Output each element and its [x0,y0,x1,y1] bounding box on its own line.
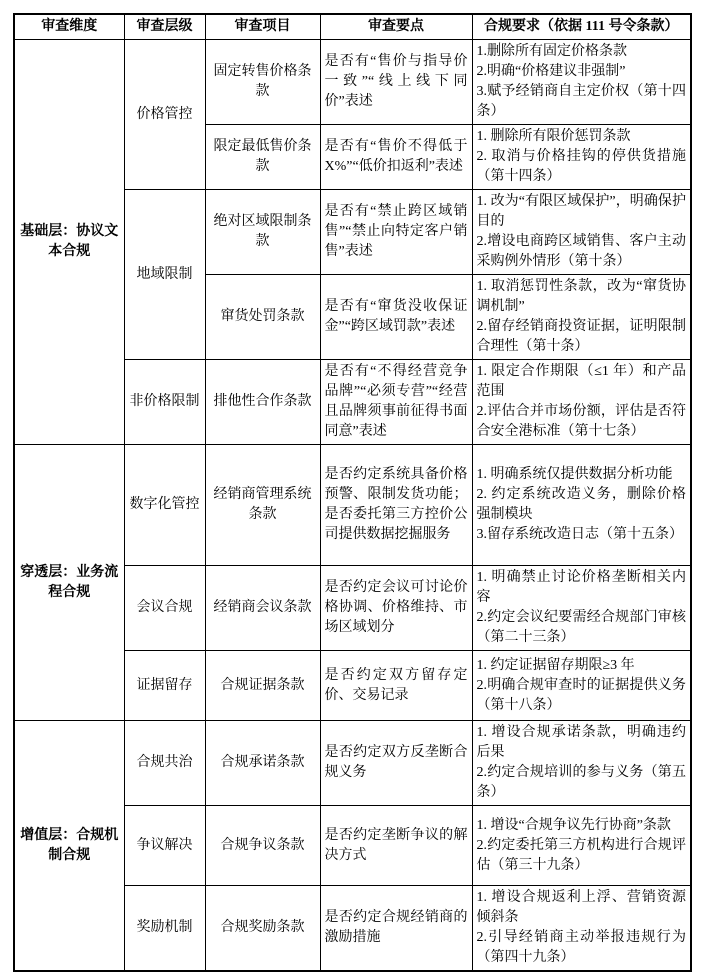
item-cell: 绝对区域限制条款 [205,190,320,275]
points-cell: 是否有“禁止跨区域销售”“禁止向特定客户销售”表述 [320,190,472,275]
requirement-line: 1. 改为“有限区域保护”，明确保护目的 [477,192,687,232]
points-cell: 是否有“窜货没收保证金”“跨区域罚款”表述 [320,275,472,360]
level-cell: 争议解决 [124,806,205,886]
requirements-cell: 1.删除所有固定价格条款 2.明确“价格建议非强制” 3.赋予经销商自主定价权（… [472,40,691,125]
header-cell-dimension: 审查维度 [14,14,124,40]
requirements-cell: 1. 取消惩罚性条款，改为“窜货协调机制” 2.留存经销商投资证据，证明限制合理… [472,275,691,360]
item-cell: 合规奖励条款 [205,886,320,972]
points-cell: 是否约定合规经销商的激励措施 [320,886,472,972]
level-cell: 合规共治 [124,721,205,806]
item-cell: 固定转售价格条款 [205,40,320,125]
requirement-line: 2.评估合并市场份额，评估是否符合安全港标准（第十七条） [477,402,687,442]
level-cell: 非价格限制 [124,360,205,445]
requirement-line: 1. 明确系统仅提供数据分析功能 [477,465,687,485]
item-cell: 合规承诺条款 [205,721,320,806]
dimension-cell: 基础层：协议文本合规 [14,40,124,445]
header-cell-points: 审查要点 [320,14,472,40]
points-cell: 是否约定系统具备价格预警、限制发货功能；是否委托第三方控价公司提供数据挖掘服务 [320,445,472,566]
points-cell: 是否有“售价不得低于X%”“低价扣返利”表述 [320,125,472,190]
table-row: 基础层：协议文本合规 价格管控 固定转售价格条款 是否有“售价与指导价一致”“线… [14,40,691,125]
requirement-line: 1.删除所有固定价格条款 [477,42,687,62]
header-row: 审查维度 审查层级 审查项目 审查要点 合规要求（依据 111 号令条款） [14,14,691,40]
requirement-line: 1. 删除所有限价惩罚条款 [477,127,687,147]
table-row: 增值层：合规机制合规 合规共治 合规承诺条款 是否约定双方反垄断合规义务 1. … [14,721,691,806]
requirement-line: 1. 限定合作期限（≤1 年）和产品范围 [477,362,687,402]
header-cell-requirements: 合规要求（依据 111 号令条款） [472,14,691,40]
item-cell: 经销商管理系统条款 [205,445,320,566]
table-row: 穿透层：业务流程合规 数字化管控 经销商管理系统条款 是否约定系统具备价格预警、… [14,445,691,566]
requirements-cell: 1. 限定合作期限（≤1 年）和产品范围 2.评估合并市场份额，评估是否符合安全… [472,360,691,445]
requirement-line: 3.留存系统改造日志（第十五条） [477,525,687,545]
requirement-line: 2.明确合规审查时的证据提供义务（第十八条） [477,676,687,716]
item-cell: 限定最低售价条款 [205,125,320,190]
requirement-line: 2.约定会议纪要需经合规部门审核（第二十三条） [477,608,687,648]
requirement-line: 2.约定合规培训的参与义务（第五条） [477,763,687,803]
points-cell: 是否约定会议可讨论价格协调、价格维持、市场区域划分 [320,566,472,651]
dimension-cell: 穿透层：业务流程合规 [14,445,124,721]
points-cell: 是否约定垄断争议的解决方式 [320,806,472,886]
requirements-cell: 1. 改为“有限区域保护”，明确保护目的 2.增设电商跨区域销售、客户主动采购例… [472,190,691,275]
points-cell: 是否有“售价与指导价一致”“线上线下同价”表述 [320,40,472,125]
requirements-cell: 1. 删除所有限价惩罚条款 2. 取消与价格挂钩的停供货措施（第十四条） [472,125,691,190]
requirements-cell: 1. 增设“合规争议先行协商”条款 2.约定委托第三方机构进行合规评估（第三十九… [472,806,691,886]
requirement-line: 2.留存经销商投资证据，证明限制合理性（第十条） [477,317,687,357]
requirement-line: 3.赋予经销商自主定价权（第十四条） [477,82,687,122]
requirement-line: 2. 取消与价格挂钩的停供货措施（第十四条） [477,147,687,187]
item-cell: 合规证据条款 [205,651,320,721]
requirement-line: 2.增设电商跨区域销售、客户主动采购例外情形（第十条） [477,232,687,272]
requirement-line: 1. 增设合规承诺条款，明确违约后果 [477,723,687,763]
requirement-line: 1. 约定证据留存期限≥3 年 [477,656,687,676]
requirement-line: 2. 约定系统改造义务，删除价格强制模块 [477,485,687,525]
requirement-line: 2.约定委托第三方机构进行合规评估（第三十九条） [477,836,687,876]
requirement-line: 1. 取消惩罚性条款，改为“窜货协调机制” [477,277,687,317]
level-cell: 地域限制 [124,190,205,360]
level-cell: 会议合规 [124,566,205,651]
requirement-line: 1. 明确禁止讨论价格垄断相关内容 [477,568,687,608]
requirements-cell: 1. 增设合规承诺条款，明确违约后果 2.约定合规培训的参与义务（第五条） [472,721,691,806]
item-cell: 窜货处罚条款 [205,275,320,360]
level-cell: 奖励机制 [124,886,205,972]
item-cell: 排他性合作条款 [205,360,320,445]
level-cell: 证据留存 [124,651,205,721]
points-cell: 是否有“不得经营竞争品牌”“必须专营”“经营且品牌须事前征得书面同意”表述 [320,360,472,445]
document-page: 审查维度 审查层级 审查项目 审查要点 合规要求（依据 111 号令条款） 基础… [0,0,703,950]
requirements-cell: 1. 增设合规返利上浮、营销资源倾斜条 2.引导经销商主动举报违规行为（第四十九… [472,886,691,972]
header-cell-item: 审查项目 [205,14,320,40]
points-cell: 是否约定双方留存定价、交易记录 [320,651,472,721]
level-cell: 数字化管控 [124,445,205,566]
item-cell: 合规争议条款 [205,806,320,886]
requirements-cell: 1. 明确系统仅提供数据分析功能 2. 约定系统改造义务，删除价格强制模块 3.… [472,445,691,566]
points-cell: 是否约定双方反垄断合规义务 [320,721,472,806]
requirements-cell: 1. 明确禁止讨论价格垄断相关内容 2.约定会议纪要需经合规部门审核（第二十三条… [472,566,691,651]
item-cell: 经销商会议条款 [205,566,320,651]
compliance-review-table: 审查维度 审查层级 审查项目 审查要点 合规要求（依据 111 号令条款） 基础… [13,13,692,972]
requirement-line: 2.引导经销商主动举报违规行为（第四十九条） [477,928,687,968]
requirements-cell: 1. 约定证据留存期限≥3 年 2.明确合规审查时的证据提供义务（第十八条） [472,651,691,721]
requirement-line: 1. 增设合规返利上浮、营销资源倾斜条 [477,888,687,928]
level-cell: 价格管控 [124,40,205,190]
header-cell-level: 审查层级 [124,14,205,40]
requirement-line: 2.明确“价格建议非强制” [477,62,687,82]
dimension-cell: 增值层：合规机制合规 [14,721,124,972]
requirement-line: 1. 增设“合规争议先行协商”条款 [477,816,687,836]
